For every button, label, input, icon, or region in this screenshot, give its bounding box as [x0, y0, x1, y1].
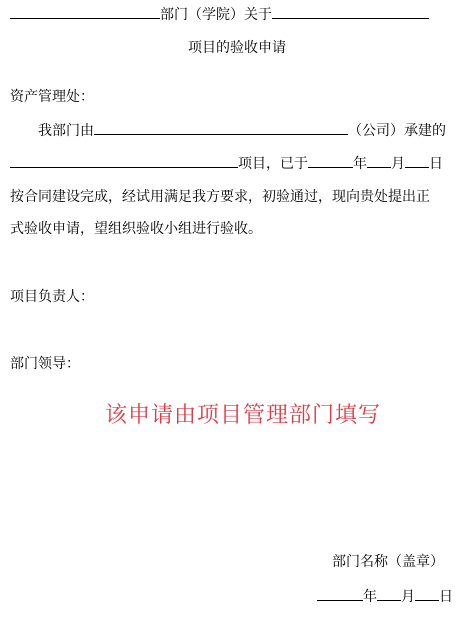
project-name-blank-header[interactable]	[272, 4, 429, 19]
month-blank[interactable]	[367, 153, 391, 168]
p2-text-a: 项目，已于	[238, 156, 308, 172]
paragraph-line-2: 项目，已于年月日	[10, 153, 443, 174]
p1-text-a: 我部门由	[38, 123, 94, 139]
footer-date: 年月日	[317, 586, 453, 607]
day-blank[interactable]	[405, 153, 429, 168]
project-name-blank[interactable]	[10, 153, 238, 168]
fill-instruction-note: 该申请由项目管理部门填写	[105, 402, 381, 430]
dept-name-seal-label: 部门名称（盖章）	[332, 552, 444, 572]
college-name-blank[interactable]	[10, 4, 160, 19]
project-lead-label: 项目负责人：	[10, 287, 94, 307]
paragraph-line-1: 我部门由（公司）承建的	[38, 120, 446, 141]
company-blank[interactable]	[94, 120, 348, 135]
footer-day-label: 日	[439, 589, 453, 605]
year-label: 年	[353, 156, 367, 172]
salutation: 资产管理处：	[10, 87, 94, 107]
footer-year-blank[interactable]	[317, 586, 363, 601]
paragraph-line-3: 按合同建设完成，经试用满足我方要求，初验通过，现向贵处提出正	[10, 187, 430, 207]
paragraph-line-4: 式验收申请，望组织验收小组进行验收。	[10, 219, 262, 239]
footer-year-label: 年	[363, 589, 377, 605]
year-blank[interactable]	[308, 153, 353, 168]
p1-text-b: （公司）承建的	[348, 123, 446, 139]
document-title: 项目的验收申请	[0, 38, 474, 58]
header-mid-text: 部门（学院）关于	[160, 7, 272, 23]
month-label: 月	[391, 156, 405, 172]
footer-day-blank[interactable]	[415, 586, 439, 601]
footer-month-blank[interactable]	[377, 586, 401, 601]
footer-month-label: 月	[401, 589, 415, 605]
dept-leader-label: 部门领导：	[10, 354, 80, 374]
header-line: 部门（学院）关于	[10, 4, 429, 25]
day-label: 日	[429, 156, 443, 172]
